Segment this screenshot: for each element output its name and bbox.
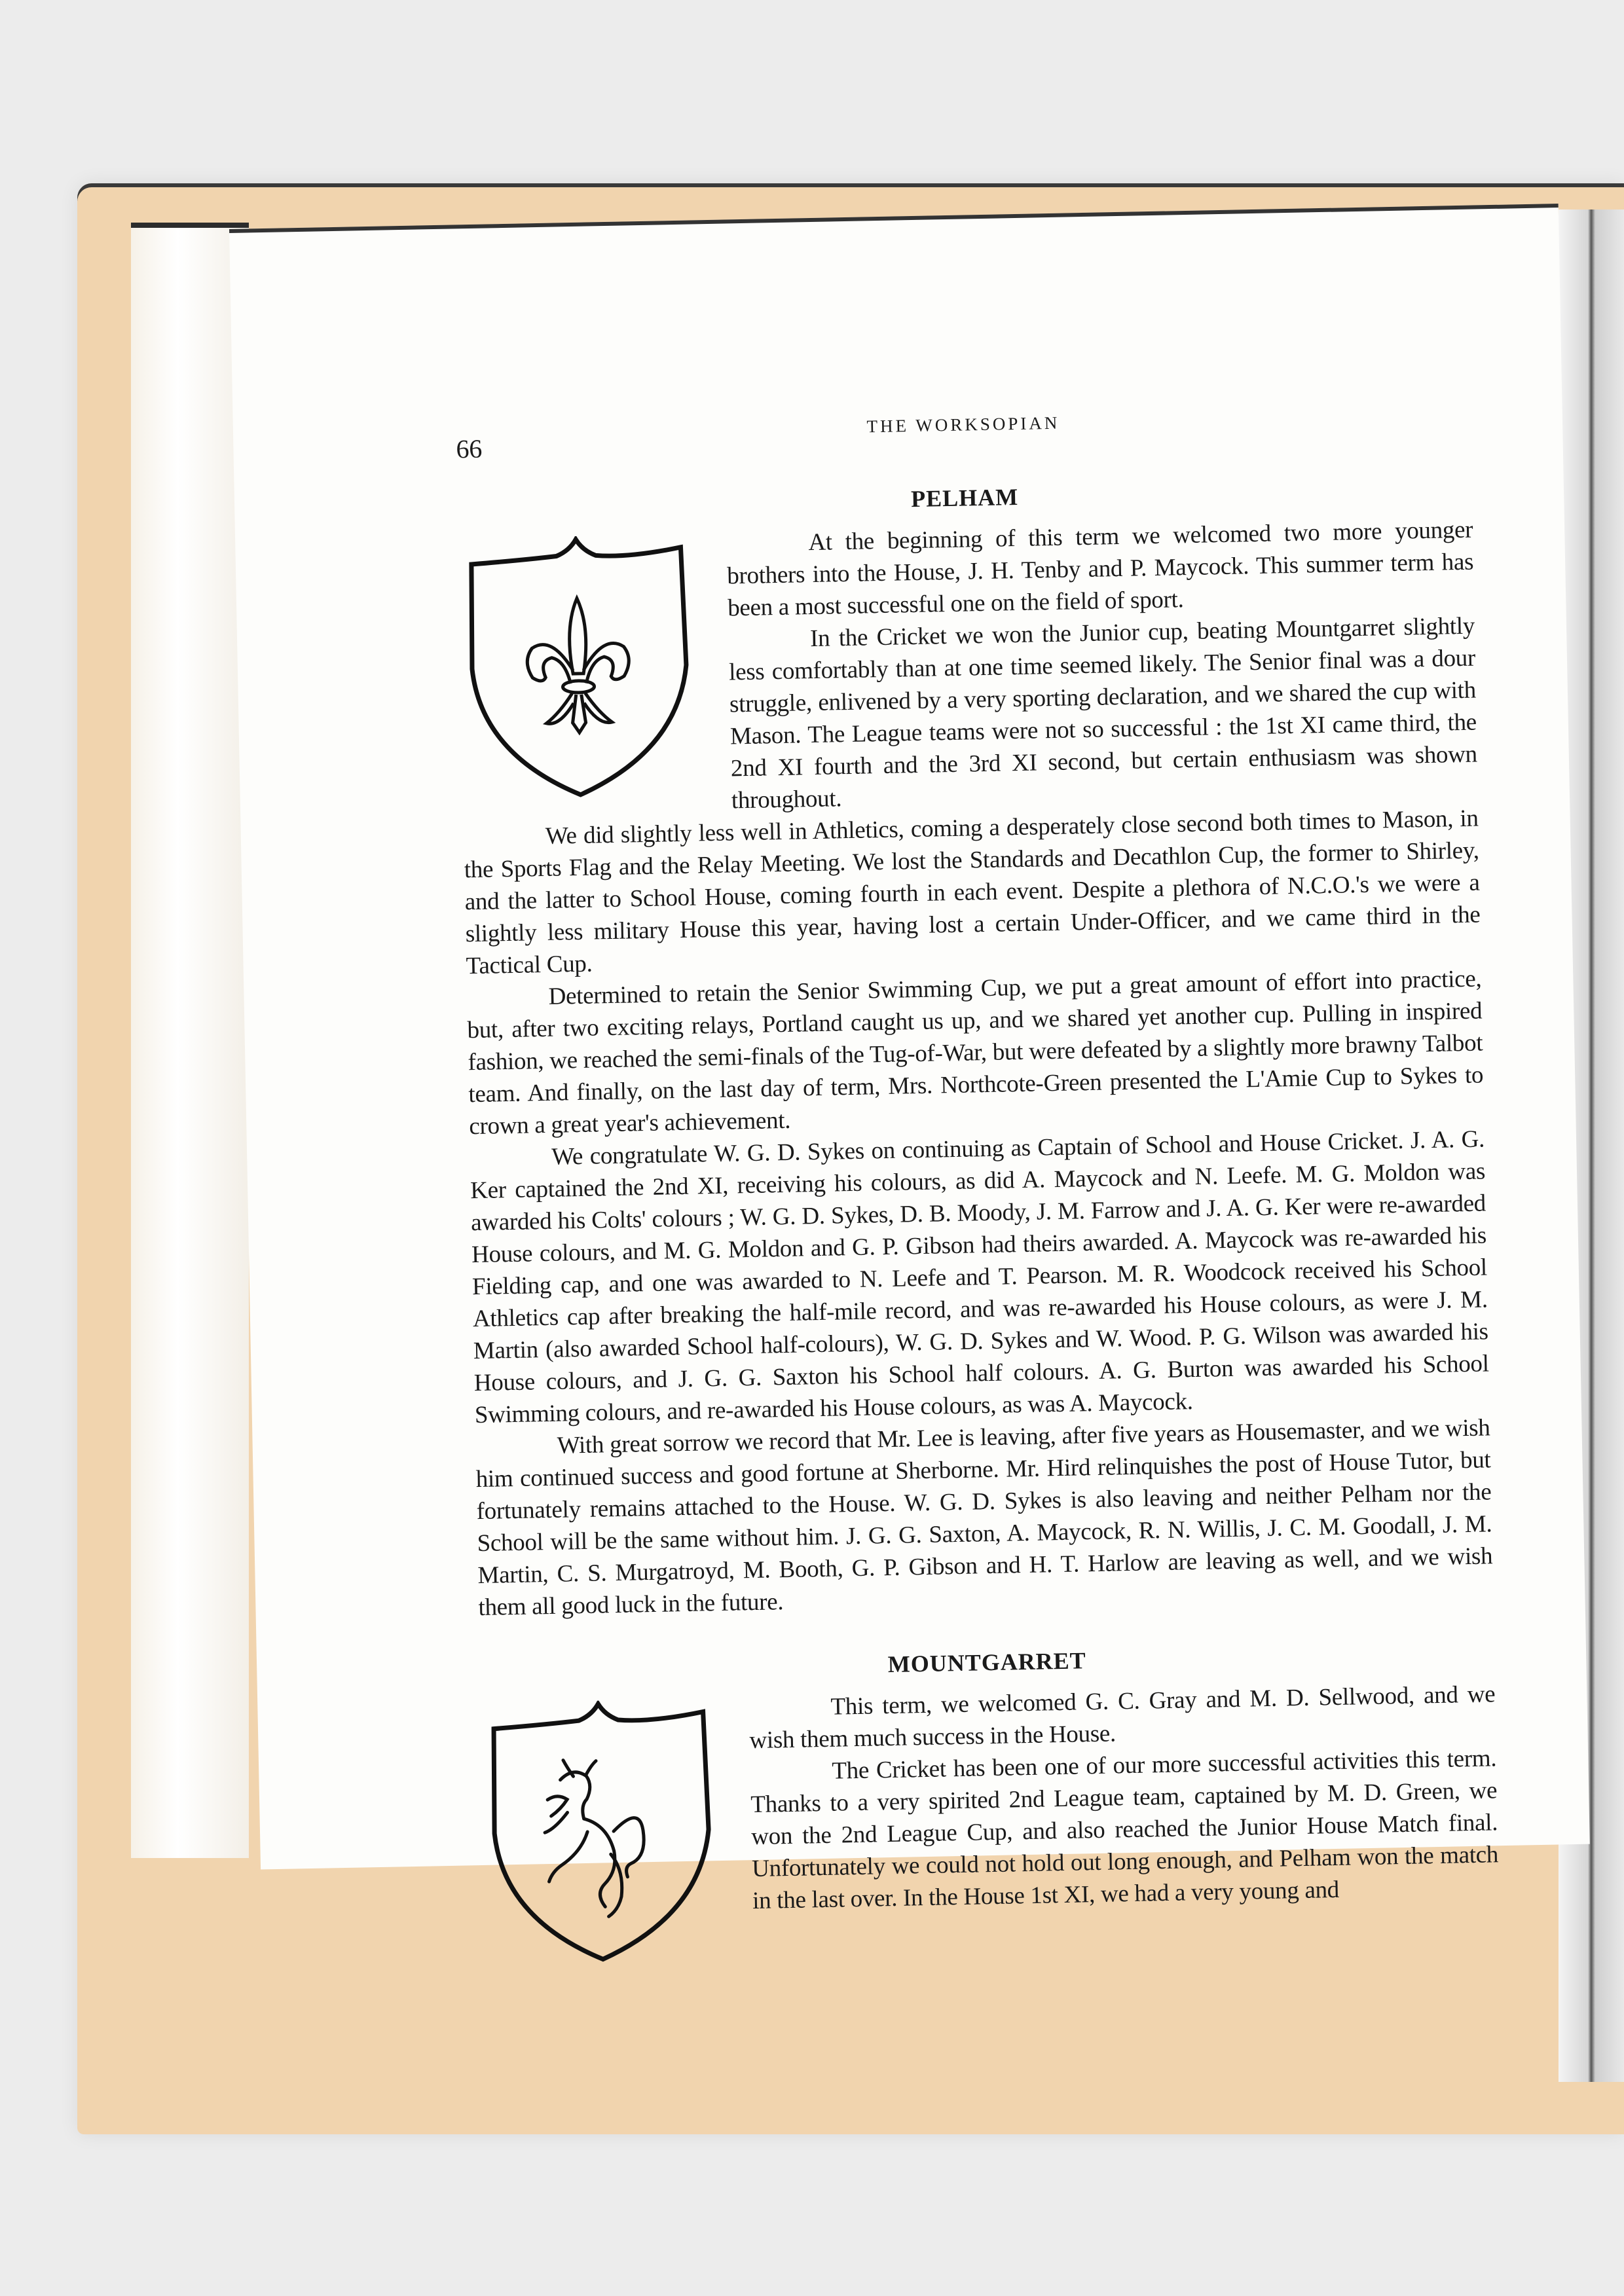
fleur-de-lis-shield-icon	[458, 534, 699, 800]
paragraph: We did slightly less well in Athletics, …	[463, 803, 1481, 983]
page-content: 66 THE WORKSOPIAN PELHAM	[456, 399, 1500, 1971]
paragraph: With great sorrow we record that Mr. Lee…	[475, 1412, 1493, 1624]
paragraph: Determined to retain the Senior Swimming…	[466, 963, 1484, 1143]
journal-title: THE WORKSOPIAN	[456, 399, 1471, 451]
paragraph: We congratulate W. G. D. Sykes on contin…	[470, 1123, 1490, 1431]
rampant-lion-shield-icon	[480, 1698, 721, 1965]
running-head: 66 THE WORKSOPIAN	[456, 399, 1471, 478]
page-stack-edge	[131, 223, 249, 1858]
book-page: 66 THE WORKSOPIAN PELHAM	[229, 204, 1590, 1870]
section-mountgarret: MOUNTGARRET This term, we	[479, 1637, 1500, 1922]
section-pelham: PELHAM At the beginning of this term w	[457, 473, 1494, 1624]
